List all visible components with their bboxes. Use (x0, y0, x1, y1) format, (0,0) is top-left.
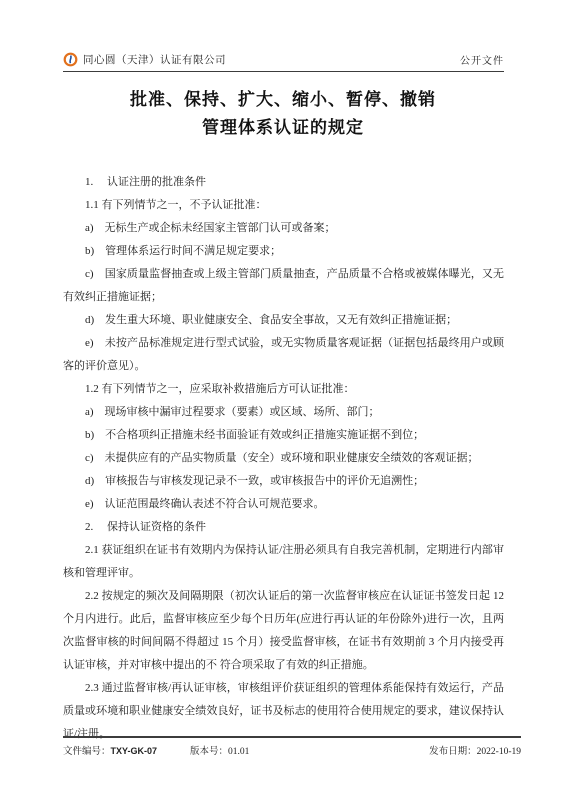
page-header: 同心圆（天津）认证有限公司 公开文件 (63, 50, 504, 72)
list-item: c) 国家质量监督抽查或上级主管部门质量抽查，产品质量不合格或被媒体曝光，又无有… (63, 263, 504, 309)
release-date-label: 发布日期： (429, 747, 477, 757)
footer-release-date: 发布日期：2022-10-19 (429, 743, 521, 757)
doc-number-value: TXY-GK-07 (111, 746, 158, 756)
document-page: 同心圆（天津）认证有限公司 公开文件 批准、保持、扩大、缩小、暂停、撤销 管理体… (0, 0, 566, 800)
list-item: e) 认证范围最终确认表述不符合认可规范要求。 (63, 493, 504, 516)
company-name: 同心圆（天津）认证有限公司 (83, 52, 226, 67)
footer-version: 版本号：01.01 (190, 743, 249, 757)
page-footer: 文件编号：TXY-GK-07 版本号：01.01 发布日期：2022-10-19 (63, 736, 521, 760)
version-label: 版本号： (190, 747, 228, 757)
list-item: c) 未提供应有的产品实物质量（安全）或环境和职业健康安全绩效的客观证据； (63, 447, 504, 470)
company-logo-icon (63, 52, 78, 67)
version-value: 01.01 (228, 747, 249, 757)
document-title-line1: 批准、保持、扩大、缩小、暂停、撤销 (0, 86, 566, 114)
section-heading: 1. 认证注册的批准条件 (63, 171, 504, 194)
document-title-line2: 管理体系认证的规定 (0, 114, 566, 142)
list-item: d) 发生重大环境、职业健康安全、食品安全事故，又无有效纠正措施证据； (63, 309, 504, 332)
section-heading: 2. 保持认证资格的条件 (63, 516, 504, 539)
list-item: d) 审核报告与审核发现记录不一致，或审核报告中的评价无追溯性； (63, 470, 504, 493)
footer-doc-number: 文件编号：TXY-GK-07 (63, 743, 157, 757)
list-item: a) 现场审核中漏审过程要求（要素）或区域、场所、部门； (63, 401, 504, 424)
document-title: 批准、保持、扩大、缩小、暂停、撤销 管理体系认证的规定 (0, 86, 566, 142)
doc-number-label: 文件编号： (63, 747, 111, 757)
list-item: e) 未按产品标准规定进行型式试验，或无实物质量客观证据（证据包括最终用户或顾客… (63, 332, 504, 378)
list-item: b) 管理体系运行时间不满足规定要求； (63, 240, 504, 263)
release-date-value: 2022-10-19 (477, 747, 521, 757)
document-body: 1. 认证注册的批准条件 1.1 有下列情节之一，不予认证批准： a) 无标生产… (63, 171, 504, 746)
body-paragraph: 2.2 按规定的频次及间隔期限（初次认证后的第一次监督审核应在认证证书签发日起 … (63, 585, 504, 677)
list-item: a) 无标生产或企标未经国家主管部门认可或备案； (63, 217, 504, 240)
list-item: b) 不合格项纠正措施未经书面验证有效或纠正措施实施证据不到位； (63, 424, 504, 447)
body-paragraph: 1.1 有下列情节之一，不予认证批准： (63, 194, 504, 217)
body-paragraph: 2.1 获证组织在证书有效期内为保持认证/注册必须具有自我完善机制，定期进行内部… (63, 539, 504, 585)
body-paragraph: 1.2 有下列情节之一，应采取补救措施后方可认证批准： (63, 378, 504, 401)
doc-classification-label: 公开文件 (460, 52, 504, 67)
